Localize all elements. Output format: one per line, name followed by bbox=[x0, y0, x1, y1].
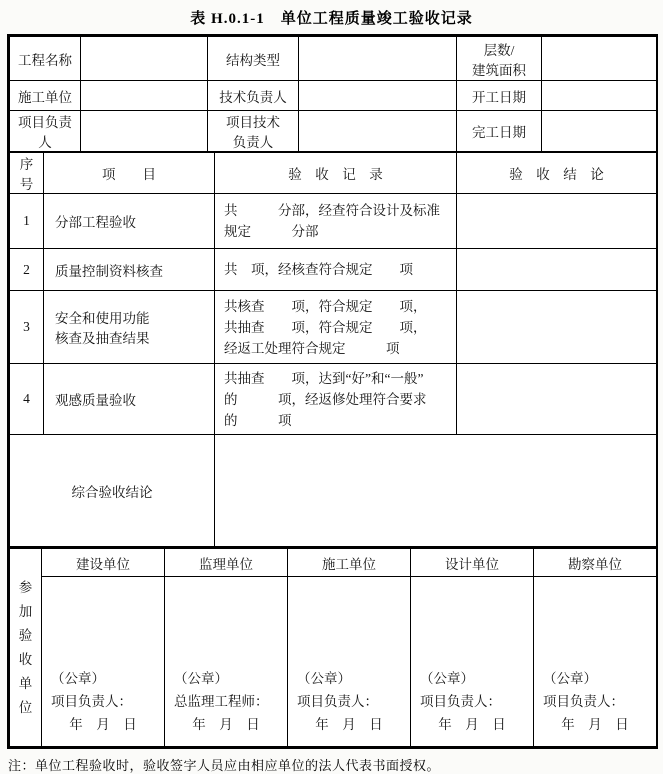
date-label: 年 月 日 bbox=[44, 713, 162, 736]
seal-label: （公章） bbox=[167, 667, 285, 690]
floors-area-value-cell bbox=[542, 37, 657, 81]
table-row: 2 质量控制资料核查 共 项，经核查符合规定 项 bbox=[10, 249, 657, 291]
col-header-item: 项 目 bbox=[44, 153, 215, 194]
structure-type-value-cell bbox=[299, 37, 457, 81]
project-technical-lead-label: 项目技术 负责人 bbox=[208, 111, 299, 152]
item-record: 共核查 项，符合规定 项， 共抽查 项，符合规定 项， 经返工处理符合规定 项 bbox=[215, 291, 457, 364]
technical-lead-value-cell bbox=[299, 81, 457, 111]
form-title: 表 H.0.1-1 单位工程质量竣工验收记录 bbox=[0, 0, 663, 34]
technical-lead-label: 技术负责人 bbox=[208, 81, 299, 111]
signature-cell-construction-owner: （公章） 项目负责人： 年 月 日 bbox=[42, 577, 165, 747]
overall-conclusion-label: 综合验收结论 bbox=[10, 435, 215, 547]
item-record: 共 分部，经查符合设计及标准 规定 分部 bbox=[215, 194, 457, 249]
construction-unit-label: 施工单位 bbox=[10, 81, 81, 111]
item-conclusion-cell bbox=[457, 194, 657, 249]
item-record: 共 项，经核查符合规定 项 bbox=[215, 249, 457, 291]
footer-note: 注：单位工程验收时，验收签字人员应由相应单位的法人代表书面授权。 bbox=[0, 749, 663, 774]
item-no: 2 bbox=[10, 249, 44, 291]
table-row: 4 观感质量验收 共抽查 项，达到“好”和“一般” 的 项，经返修处理符合要求 … bbox=[10, 364, 657, 435]
item-no: 3 bbox=[10, 291, 44, 364]
unit-header-contractor: 施工单位 bbox=[288, 548, 411, 577]
scanned-form-page: { "title": "表 H.0.1-1 单位工程质量竣工验收记录", "in… bbox=[0, 0, 663, 716]
signature-cell-contractor: （公章） 项目负责人： 年 月 日 bbox=[288, 577, 411, 747]
construction-unit-value-cell bbox=[81, 81, 208, 111]
table-row: 1 分部工程验收 共 分部，经查符合设计及标准 规定 分部 bbox=[10, 194, 657, 249]
item-conclusion-cell bbox=[457, 364, 657, 435]
participants-row-label: 参 加 验 收 单 位 bbox=[10, 548, 42, 747]
project-name-value-cell bbox=[81, 37, 208, 81]
signature-cell-supervision: （公章） 总监理工程师： 年 月 日 bbox=[165, 577, 288, 747]
date-label: 年 月 日 bbox=[413, 713, 531, 736]
date-label: 年 月 日 bbox=[167, 713, 285, 736]
signer-label: 项目负责人： bbox=[536, 690, 654, 713]
signer-label: 项目负责人： bbox=[290, 690, 408, 713]
col-header-record: 验 收 记 录 bbox=[215, 153, 457, 194]
seal-label: （公章） bbox=[413, 667, 531, 690]
seal-label: （公章） bbox=[290, 667, 408, 690]
project-info-table: 工程名称 结构类型 层数/ 建筑面积 施工单位 技术负责人 开工日期 项目负责人… bbox=[9, 36, 657, 152]
item-name: 分部工程验收 bbox=[44, 194, 215, 249]
item-name: 质量控制资料核查 bbox=[44, 249, 215, 291]
item-conclusion-cell bbox=[457, 249, 657, 291]
unit-header-supervision: 监理单位 bbox=[165, 548, 288, 577]
overall-conclusion-value-cell bbox=[215, 435, 657, 547]
completion-date-value-cell bbox=[542, 111, 657, 152]
acceptance-record-form: 工程名称 结构类型 层数/ 建筑面积 施工单位 技术负责人 开工日期 项目负责人… bbox=[7, 34, 658, 749]
project-lead-label: 项目负责人 bbox=[10, 111, 81, 152]
unit-header-design: 设计单位 bbox=[411, 548, 534, 577]
signer-label: 项目负责人： bbox=[413, 690, 531, 713]
unit-header-survey: 勘察单位 bbox=[534, 548, 657, 577]
col-header-conclusion: 验 收 结 论 bbox=[457, 153, 657, 194]
seal-label: （公章） bbox=[536, 667, 654, 690]
signer-label: 总监理工程师： bbox=[167, 690, 285, 713]
structure-type-label: 结构类型 bbox=[208, 37, 299, 81]
item-no: 4 bbox=[10, 364, 44, 435]
unit-header-construction-owner: 建设单位 bbox=[42, 548, 165, 577]
participating-units-table: 参 加 验 收 单 位 建设单位 监理单位 施工单位 设计单位 勘察单位 （公章… bbox=[9, 547, 657, 747]
project-technical-lead-value-cell bbox=[299, 111, 457, 152]
acceptance-items-table: 序号 项 目 验 收 记 录 验 收 结 论 1 分部工程验收 共 分部，经查符… bbox=[9, 152, 657, 547]
table-row: 3 安全和使用功能 核查及抽查结果 共核查 项，符合规定 项， 共抽查 项，符合… bbox=[10, 291, 657, 364]
item-name: 观感质量验收 bbox=[44, 364, 215, 435]
signature-cell-design: （公章） 项目负责人： 年 月 日 bbox=[411, 577, 534, 747]
floors-area-label: 层数/ 建筑面积 bbox=[457, 37, 542, 81]
item-conclusion-cell bbox=[457, 291, 657, 364]
project-lead-value-cell bbox=[81, 111, 208, 152]
start-date-label: 开工日期 bbox=[457, 81, 542, 111]
date-label: 年 月 日 bbox=[536, 713, 654, 736]
item-no: 1 bbox=[10, 194, 44, 249]
date-label: 年 月 日 bbox=[290, 713, 408, 736]
col-header-no: 序号 bbox=[10, 153, 44, 194]
start-date-value-cell bbox=[542, 81, 657, 111]
completion-date-label: 完工日期 bbox=[457, 111, 542, 152]
signature-cell-survey: （公章） 项目负责人： 年 月 日 bbox=[534, 577, 657, 747]
item-record: 共抽查 项，达到“好”和“一般” 的 项，经返修处理符合要求 的 项 bbox=[215, 364, 457, 435]
item-name: 安全和使用功能 核查及抽查结果 bbox=[44, 291, 215, 364]
seal-label: （公章） bbox=[44, 667, 162, 690]
signer-label: 项目负责人： bbox=[44, 690, 162, 713]
project-name-label: 工程名称 bbox=[10, 37, 81, 81]
